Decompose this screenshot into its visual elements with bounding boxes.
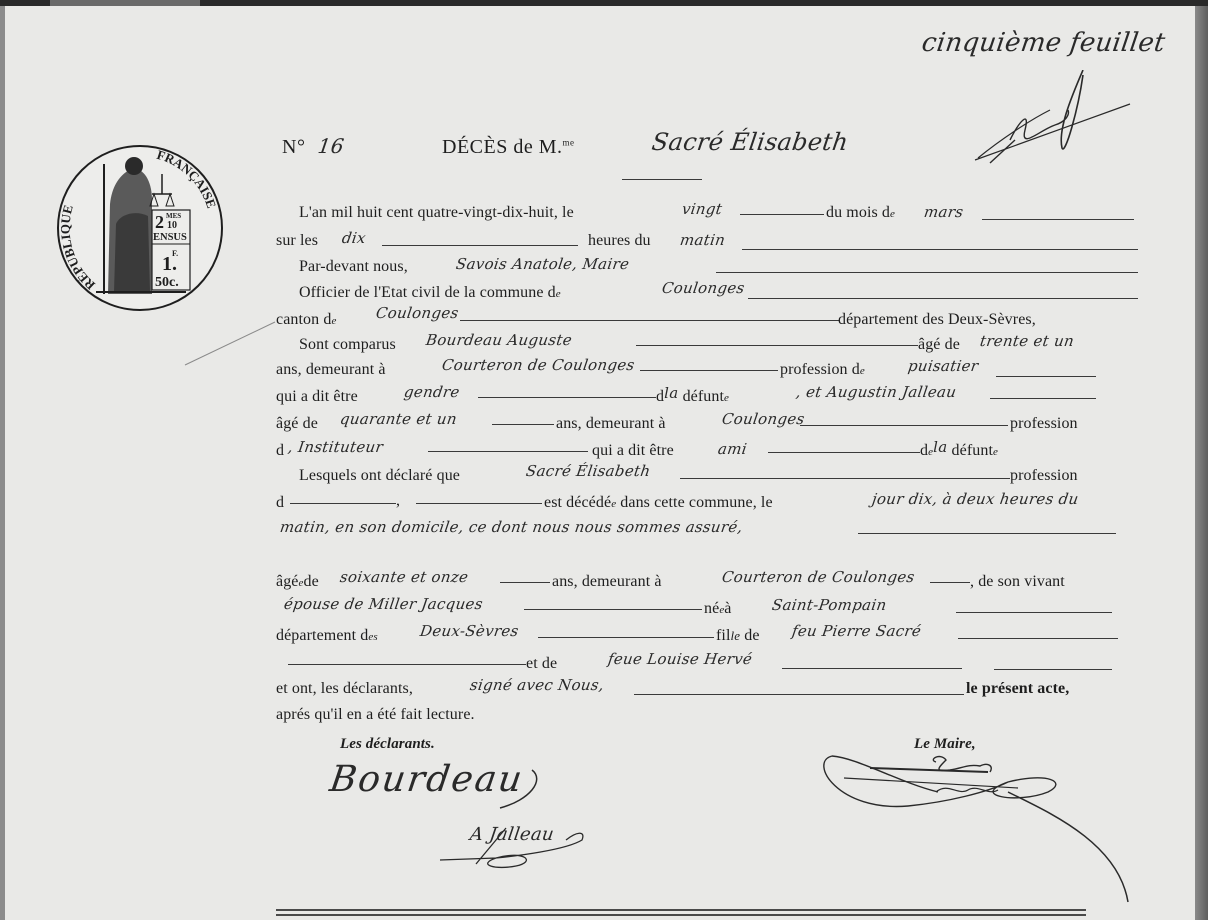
text-ans-demeurant-2: ans, demeurant à	[556, 416, 666, 432]
text-est-decedee: est décédée dans cette commune, le	[544, 495, 773, 511]
margin-note: cinquième feuillet	[920, 30, 1167, 56]
text-et-ont: et ont, les déclarants,	[276, 681, 413, 697]
text-profession: profession	[1010, 416, 1078, 432]
deceased-name-title: Sacré Élisabeth	[650, 130, 850, 154]
text-year: L'an mil huit cent quatre-vingt-dix-huit…	[299, 205, 574, 221]
signature-flourish-2	[436, 820, 596, 870]
blank-line	[742, 249, 1138, 250]
text-profession-de: profession de	[780, 362, 865, 378]
text-ans-demeurant-3: ans, demeurant à	[552, 574, 662, 590]
blank-line	[478, 397, 656, 398]
hand-residence-2: Coulonges	[721, 412, 806, 427]
blank-line	[990, 398, 1096, 399]
text-fille-de: fille de	[716, 628, 760, 644]
hand-profession-1: puisatier	[907, 359, 979, 374]
declarants-label: Les déclarants.	[340, 737, 435, 752]
blank-line	[748, 298, 1138, 299]
blank-line	[982, 219, 1134, 220]
blank-line	[858, 533, 1116, 534]
svg-text:MES: MES	[166, 212, 181, 220]
text-d-2: d	[276, 495, 284, 511]
text-d: d	[276, 443, 284, 459]
hand-mayor-name: Savois Anatole, Maire	[455, 257, 630, 272]
blank-line	[382, 245, 578, 246]
blank-line	[996, 376, 1096, 377]
text-sont-comparus: Sont comparus	[299, 337, 396, 353]
hand-declarant-1: Bourdeau Auguste	[425, 333, 573, 348]
hand-relation-2: ami	[717, 442, 748, 457]
hand-residence-deceased: Courteron de Coulonges	[721, 570, 916, 585]
record-title: DÉCÈS de M.me	[442, 137, 575, 157]
hand-month: mars	[923, 205, 964, 220]
blank-line	[640, 370, 778, 371]
blank-line	[500, 582, 550, 583]
blank-line	[740, 214, 824, 215]
hand-hour: dix	[341, 231, 367, 246]
text-lesquels: Lesquels ont déclaré que	[299, 468, 460, 484]
hand-spouse: épouse de Miller Jacques	[283, 597, 484, 612]
blank-line	[956, 612, 1112, 613]
signature-mayor	[818, 752, 1138, 912]
blank-line	[768, 452, 920, 453]
blank-line	[634, 694, 964, 695]
hand-canton: Coulonges	[375, 306, 460, 321]
title-underline	[622, 179, 702, 180]
text-lecture: aprés qu'il en a été fait lecture.	[276, 707, 475, 723]
hand-period: matin	[679, 233, 726, 248]
text-heures-du: heures du	[588, 233, 651, 249]
hand-profession-2: , Instituteur	[287, 440, 384, 455]
hand-age-deceased: soixante et onze	[339, 570, 469, 585]
hand-death-place: matin, en son domicile, ce dont nous nou…	[279, 520, 744, 535]
blank-line	[994, 669, 1112, 670]
text-comma: ,	[396, 493, 400, 509]
text-age-de: âgé de	[918, 337, 960, 353]
blank-line	[680, 478, 1010, 479]
svg-text:10: 10	[167, 220, 177, 231]
text-profession-2: profession	[1010, 468, 1078, 484]
blank-line	[288, 664, 526, 665]
margin-paraph-icon	[970, 70, 1140, 170]
blank-line	[524, 609, 702, 610]
blank-line	[428, 451, 588, 452]
blank-line	[290, 503, 396, 504]
mayor-label: Le Maire,	[914, 737, 976, 752]
hand-declarant-2: , et Augustin Jalleau	[795, 385, 957, 400]
text-sur-les: sur les	[276, 233, 318, 249]
svg-text:F.: F.	[172, 249, 178, 258]
signature-flourish-1	[300, 760, 560, 820]
text-de-la-defunte-2: dela défunte	[920, 443, 998, 459]
hand-signe-avec-nous: signé avec Nous,	[469, 678, 605, 693]
blank-line	[460, 320, 840, 321]
tax-stamp-seal-icon: RÉPUBLIQUE FRANÇAISE 2 MES 10 ENSUS 1. F…	[56, 144, 224, 312]
scan-right-border	[1195, 6, 1208, 920]
record-number-label: N°	[282, 137, 305, 157]
blank-line	[930, 582, 970, 583]
text-par-devant: Par-devant nous,	[299, 259, 408, 275]
hand-father: feu Pierre Sacré	[791, 624, 922, 639]
hand-age-2: quarante et un	[339, 412, 458, 427]
hand-age-1: trente et un	[979, 334, 1075, 349]
text-et-de: et de	[526, 656, 557, 672]
bottom-rule-bottom	[276, 914, 1086, 916]
text-departement-de: département des	[276, 628, 378, 644]
hand-mother: feue Louise Hervé	[607, 652, 753, 667]
blank-line	[716, 272, 1138, 273]
text-age-de-3: âgéede	[276, 574, 319, 590]
hand-death-time: jour dix, à deux heures du	[871, 492, 1080, 507]
blank-line	[492, 424, 554, 425]
blank-line	[416, 503, 542, 504]
text-age-de-2: âgé de	[276, 416, 318, 432]
hand-residence-1: Courteron de Coulonges	[441, 358, 636, 373]
hand-deceased-name: Sacré Élisabeth	[525, 464, 651, 479]
text-de-son-vivant: , de son vivant	[970, 574, 1065, 590]
text-month-label: du mois de	[826, 205, 895, 221]
text-present-acte: le présent acte,	[966, 681, 1069, 697]
text-de-la-defunte: dla défunte	[656, 389, 729, 405]
hand-relation-1: gendre	[403, 385, 461, 400]
text-qui-a-dit: qui a dit être	[276, 389, 358, 405]
blank-line	[636, 345, 918, 346]
hand-birth-department: Deux-Sèvres	[419, 624, 520, 639]
blank-line	[538, 637, 714, 638]
blank-line	[958, 638, 1118, 639]
seal-tax-cents: 50c.	[155, 275, 179, 290]
hand-commune: Coulonges	[661, 281, 746, 296]
text-nee-a: néeà	[704, 601, 732, 617]
record-number-value: 16	[317, 136, 346, 156]
text-canton: canton de	[276, 312, 336, 328]
stray-pen-stroke	[180, 320, 280, 370]
text-ans-demeurant: ans, demeurant à	[276, 362, 386, 378]
blank-line	[782, 668, 962, 669]
text-officier: Officier de l'Etat civil de la commune d…	[299, 285, 561, 301]
text-departement: département des Deux-Sèvres,	[838, 312, 1036, 328]
text-qui-a-dit-2: qui a dit être	[592, 443, 674, 459]
hand-day: vingt	[681, 202, 723, 217]
svg-text:ENSUS: ENSUS	[153, 232, 187, 243]
bottom-rule-top	[276, 909, 1086, 911]
blank-line	[800, 425, 1008, 426]
hand-birthplace: Saint-Pompain	[771, 598, 888, 613]
seal-tax-top: 2	[155, 212, 164, 232]
